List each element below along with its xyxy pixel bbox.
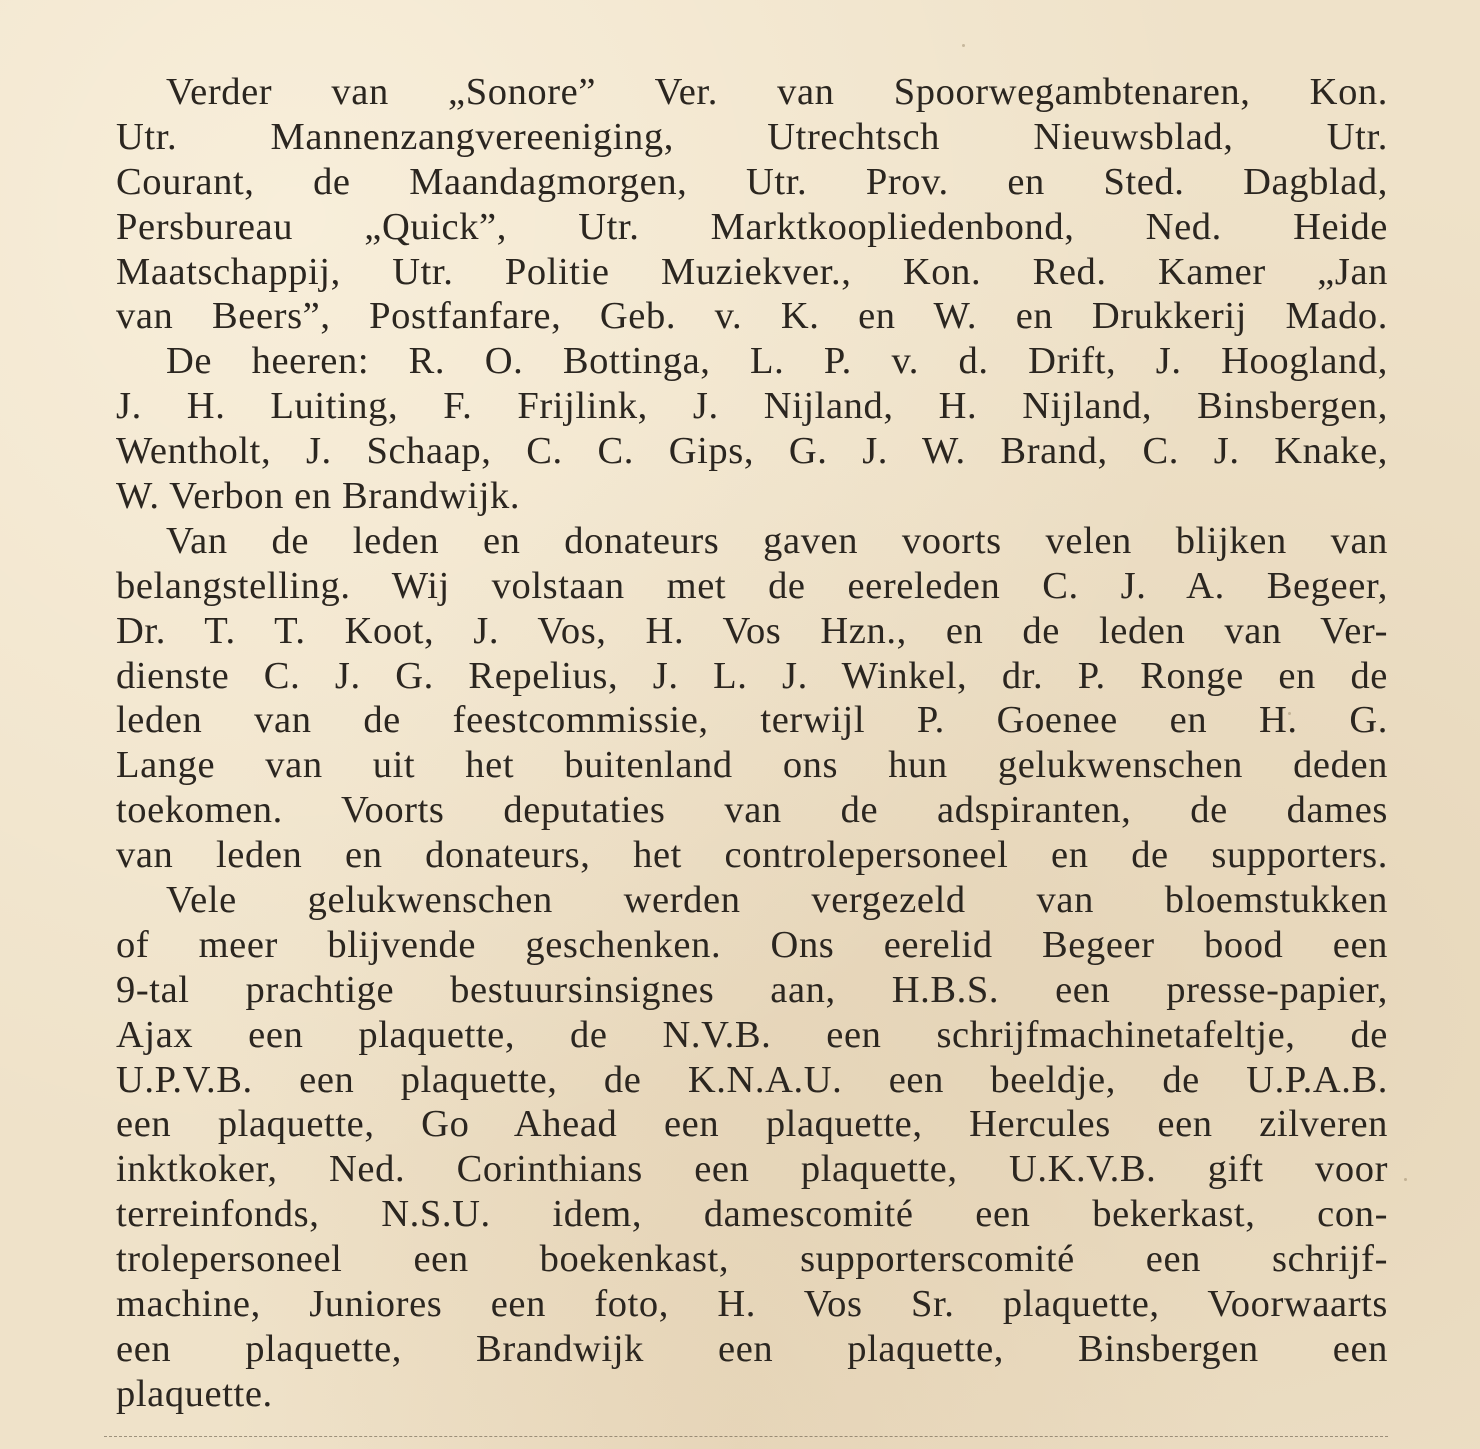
line-text: leden van de feestcommissie, terwijl P. … [116, 698, 1388, 743]
text-line: J. H. Luiting, F. Frijlink, J. Nijland, … [116, 384, 1388, 429]
line-text: toekomen. Voorts deputaties van de adspi… [116, 788, 1388, 833]
bottom-divider-rule [104, 1436, 1388, 1437]
line-text: dienste C. J. G. Repelius, J. L. J. Wink… [116, 654, 1388, 699]
text-line: plaquette. [116, 1372, 1388, 1417]
text-line: De heeren: R. O. Bottinga, L. P. v. d. D… [116, 339, 1388, 384]
document-page: Verder van „Sonore” Ver. van Spoorwegamb… [116, 70, 1388, 1417]
text-line: Persbureau „Quick”, Utr. Marktkooplieden… [116, 205, 1388, 250]
text-line: Vele gelukwenschen werden vergezeld van … [116, 878, 1388, 923]
line-text: een plaquette, Go Ahead een plaquette, H… [116, 1102, 1388, 1147]
line-text: Maatschappij, Utr. Politie Muziekver., K… [116, 250, 1388, 295]
text-line: Maatschappij, Utr. Politie Muziekver., K… [116, 250, 1388, 295]
line-text: Utr. Mannenzangvereeniging, Utrechtsch N… [116, 115, 1388, 160]
text-line: of meer blijvende geschenken. Ons eereli… [116, 923, 1388, 968]
line-text: terreinfonds, N.S.U. idem, damescomité e… [116, 1192, 1388, 1237]
line-text: Wentholt, J. Schaap, C. C. Gips, G. J. W… [116, 429, 1388, 474]
line-text: J. H. Luiting, F. Frijlink, J. Nijland, … [116, 384, 1388, 429]
line-text: een plaquette, Brandwijk een plaquette, … [116, 1327, 1388, 1372]
text-line: van Beers”, Postfanfare, Geb. v. K. en W… [116, 294, 1388, 339]
line-text: inktkoker, Ned. Corinthians een plaquett… [116, 1147, 1388, 1192]
text-line: Courant, de Maandagmorgen, Utr. Prov. en… [116, 160, 1388, 205]
text-line: Lange van uit het buitenland ons hun gel… [116, 743, 1388, 788]
line-text: 9-tal prachtige bestuursinsignes aan, H.… [116, 968, 1388, 1013]
line-text: belangstelling. Wij volstaan met de eere… [116, 564, 1388, 609]
paragraph-gentlemen: De heeren: R. O. Bottinga, L. P. v. d. D… [116, 339, 1388, 519]
paragraph-gifts: Vele gelukwenschen werden vergezeld van … [116, 878, 1388, 1417]
text-line: leden van de feestcommissie, terwijl P. … [116, 698, 1388, 743]
line-text: W. Verbon en Brandwijk. [116, 474, 1388, 519]
text-line: machine, Juniores een foto, H. Vos Sr. p… [116, 1282, 1388, 1327]
line-text: De heeren: R. O. Bottinga, L. P. v. d. D… [166, 339, 1388, 384]
line-text: van Beers”, Postfanfare, Geb. v. K. en W… [116, 294, 1388, 339]
text-line: Van de leden en donateurs gaven voorts v… [116, 519, 1388, 564]
line-text: van leden en donateurs, het controlepers… [116, 833, 1388, 878]
text-line: Dr. T. T. Koot, J. Vos, H. Vos Hzn., en … [116, 609, 1388, 654]
line-text: Vele gelukwenschen werden vergezeld van … [166, 878, 1388, 923]
line-text: machine, Juniores een foto, H. Vos Sr. p… [116, 1282, 1388, 1327]
text-line: terreinfonds, N.S.U. idem, damescomité e… [116, 1192, 1388, 1237]
paragraph-members-donors: Van de leden en donateurs gaven voorts v… [116, 519, 1388, 878]
line-text: Courant, de Maandagmorgen, Utr. Prov. en… [116, 160, 1388, 205]
line-text: Persbureau „Quick”, Utr. Marktkooplieden… [116, 205, 1388, 250]
paper-speck [1288, 712, 1291, 715]
text-line: van leden en donateurs, het controlepers… [116, 833, 1388, 878]
paper-speck [962, 44, 965, 47]
text-line: inktkoker, Ned. Corinthians een plaquett… [116, 1147, 1388, 1192]
paper-speck [1404, 1178, 1407, 1181]
text-line: U.P.V.B. een plaquette, de K.N.A.U. een … [116, 1058, 1388, 1103]
line-text: trolepersoneel een boekenkast, supporter… [116, 1237, 1388, 1282]
text-line: toekomen. Voorts deputaties van de adspi… [116, 788, 1388, 833]
paragraph-organisations: Verder van „Sonore” Ver. van Spoorwegamb… [116, 70, 1388, 339]
text-line: 9-tal prachtige bestuursinsignes aan, H.… [116, 968, 1388, 1013]
text-line: Verder van „Sonore” Ver. van Spoorwegamb… [116, 70, 1388, 115]
line-text: Dr. T. T. Koot, J. Vos, H. Vos Hzn., en … [116, 609, 1388, 654]
line-text: Ajax een plaquette, de N.V.B. een schrij… [116, 1013, 1388, 1058]
text-line: Utr. Mannenzangvereeniging, Utrechtsch N… [116, 115, 1388, 160]
text-line: een plaquette, Brandwijk een plaquette, … [116, 1327, 1388, 1372]
text-line: dienste C. J. G. Repelius, J. L. J. Wink… [116, 654, 1388, 699]
line-text: U.P.V.B. een plaquette, de K.N.A.U. een … [116, 1058, 1388, 1103]
line-text: Verder van „Sonore” Ver. van Spoorwegamb… [166, 70, 1388, 115]
text-line: W. Verbon en Brandwijk. [116, 474, 1388, 519]
text-line: Ajax een plaquette, de N.V.B. een schrij… [116, 1013, 1388, 1058]
line-text: plaquette. [116, 1372, 1388, 1417]
text-line: een plaquette, Go Ahead een plaquette, H… [116, 1102, 1388, 1147]
text-line: belangstelling. Wij volstaan met de eere… [116, 564, 1388, 609]
line-text: of meer blijvende geschenken. Ons eereli… [116, 923, 1388, 968]
line-text: Van de leden en donateurs gaven voorts v… [166, 519, 1388, 564]
text-line: trolepersoneel een boekenkast, supporter… [116, 1237, 1388, 1282]
text-line: Wentholt, J. Schaap, C. C. Gips, G. J. W… [116, 429, 1388, 474]
line-text: Lange van uit het buitenland ons hun gel… [116, 743, 1388, 788]
